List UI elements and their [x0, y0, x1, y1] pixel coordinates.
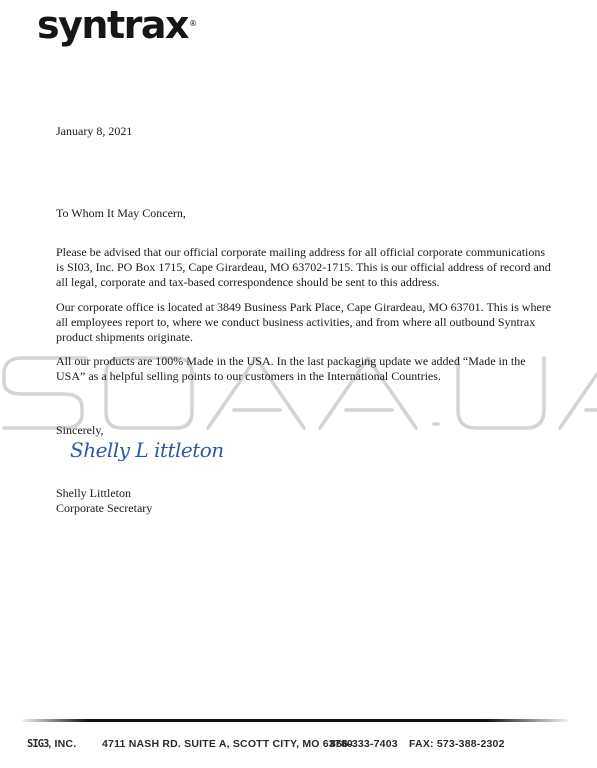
footer-fax: FAX: 573-388-2302: [409, 738, 505, 750]
signer-title: Corporate Secretary: [56, 501, 152, 516]
footer-company: SIG3, INC.: [27, 738, 76, 750]
paragraph-mailing-address: Please be advised that our official corp…: [56, 245, 556, 290]
letter-date: January 8, 2021: [56, 124, 132, 139]
salutation: To Whom It May Concern,: [56, 206, 186, 221]
registered-mark: ®: [189, 20, 197, 28]
paragraph-made-in-usa: All our products are 100% Made in the US…: [56, 354, 556, 384]
footer-company-suffix: , INC.: [48, 738, 76, 750]
sig3-logo-mark: SIG3: [27, 738, 48, 750]
handwritten-signature: Shelly L ittleton: [70, 443, 224, 458]
signer-name: Shelly Littleton: [56, 486, 131, 501]
footer-divider: [22, 719, 568, 722]
logo-text: syntrax: [37, 3, 188, 47]
footer-address: 4711 NASH RD. SUITE A, SCOTT CITY, MO 63…: [102, 738, 353, 750]
syntrax-logo: syntrax®: [37, 6, 188, 44]
closing: Sincerely,: [56, 423, 104, 438]
footer-phone: 866-333-7403: [330, 738, 398, 750]
paragraph-corporate-office: Our corporate office is located at 3849 …: [56, 300, 556, 345]
